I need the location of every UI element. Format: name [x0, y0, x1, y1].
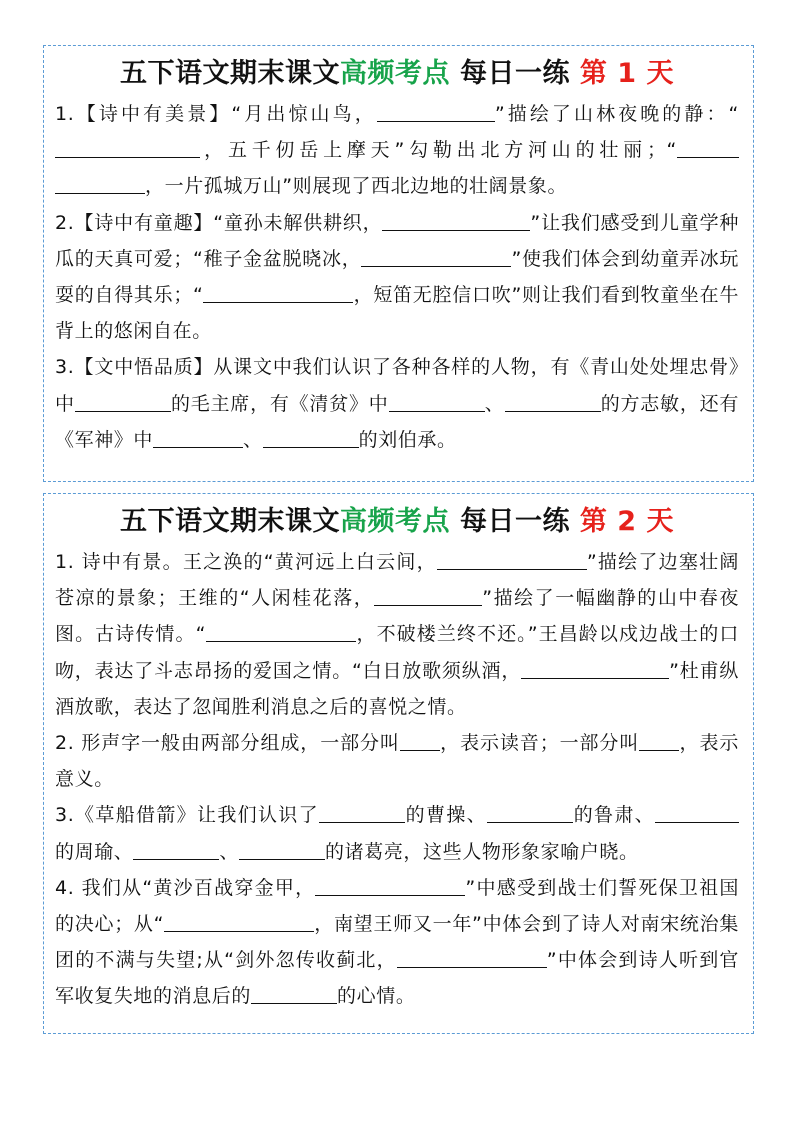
question-text: 的刘伯承。	[359, 429, 457, 451]
fill-in-blank[interactable]	[717, 803, 739, 823]
fill-in-blank[interactable]	[374, 586, 482, 606]
fill-in-blank[interactable]	[361, 247, 511, 267]
fill-in-blank[interactable]	[397, 948, 547, 968]
practice-card-day-1: 五下语文期末课文高频考点 每日一练 第 1 天 1.【诗中有美景】“月出惊山鸟，…	[43, 45, 754, 482]
question-text: 2.【诗中有童趣】“童孙未解供耕织，	[55, 212, 382, 234]
question-1: 1. 诗中有景。王之涣的“黄河远上白云间，”描绘了边塞壮阔苍凉的景象；王维的“人…	[55, 544, 739, 725]
question-text: 的毛主席，有《清贫》中	[171, 393, 389, 415]
question-text: 1.【诗中有美景】“月出惊山鸟，	[55, 103, 377, 125]
question-text: 、	[219, 841, 239, 863]
question-text: 的诸葛亮，这些人物形象家喻户晓。	[325, 841, 639, 863]
fill-in-blank[interactable]	[382, 211, 530, 231]
fill-in-blank[interactable]	[206, 622, 356, 642]
title-main: 五下语文期末课文	[120, 58, 340, 89]
question-text: ，表示读音；一部分叫	[440, 732, 639, 754]
title-daily: 每日一练	[450, 506, 580, 537]
fill-in-blank[interactable]	[55, 138, 200, 158]
title-day-red: 第 1 天	[580, 58, 674, 89]
question-text: ，一片孤城万山”则展现了西北边地的壮阔景象。	[145, 175, 567, 197]
fill-in-blank[interactable]	[164, 912, 314, 932]
fill-in-blank[interactable]	[263, 428, 359, 448]
fill-in-blank[interactable]	[377, 102, 495, 122]
question-text: 的心情。	[337, 985, 415, 1007]
fill-in-blank[interactable]	[319, 803, 405, 823]
title-daily: 每日一练	[450, 58, 580, 89]
question-2: 2. 形声字一般由两部分组成，一部分叫，表示读音；一部分叫，表示意义。	[55, 725, 739, 797]
fill-in-blank[interactable]	[677, 138, 739, 158]
fill-in-blank[interactable]	[153, 428, 243, 448]
title-highlight-green: 高频考点	[340, 58, 450, 89]
card-title: 五下语文期末课文高频考点 每日一练 第 2 天	[55, 507, 739, 537]
fill-in-blank[interactable]	[389, 392, 485, 412]
question-text: 的周瑜、	[55, 841, 133, 863]
fill-in-blank[interactable]	[133, 840, 219, 860]
fill-in-blank[interactable]	[239, 840, 325, 860]
fill-in-blank[interactable]	[75, 392, 171, 412]
title-highlight-green: 高频考点	[340, 506, 450, 537]
question-text: 、	[485, 393, 505, 415]
question-text: 、	[243, 429, 263, 451]
question-text: 2. 形声字一般由两部分组成，一部分叫	[55, 732, 400, 754]
fill-in-blank[interactable]	[400, 731, 440, 751]
fill-in-blank[interactable]	[487, 803, 573, 823]
fill-in-blank[interactable]	[203, 283, 353, 303]
question-text: ”描绘了山林夜晚的静：“	[495, 103, 739, 125]
fill-in-blank[interactable]	[639, 731, 679, 751]
question-2: 2.【诗中有童趣】“童孙未解供耕织，”让我们感受到儿童学种瓜的天真可爱；“稚子金…	[55, 205, 739, 350]
fill-in-blank[interactable]	[521, 659, 541, 679]
question-text: 的鲁肃、	[573, 804, 655, 826]
question-3: 3.《草船借箭》让我们认识了的曹操、的鲁肃、的周瑜、、的诸葛亮，这些人物形象家喻…	[55, 797, 739, 869]
question-3: 3.【文中悟品质】从课文中我们认识了各种各样的人物，有《青山处处埋忠骨》中的毛主…	[55, 349, 739, 458]
question-text: 1. 诗中有景。王之涣的“黄河远上白云间，	[55, 551, 437, 573]
title-main: 五下语文期末课文	[120, 506, 340, 537]
fill-in-blank[interactable]	[541, 659, 669, 679]
fill-in-blank[interactable]	[55, 174, 145, 194]
question-text: 4. 我们从“黄沙百战穿金甲，	[55, 877, 315, 899]
question-text: 的曹操、	[405, 804, 487, 826]
practice-card-day-2: 五下语文期末课文高频考点 每日一练 第 2 天 1. 诗中有景。王之涣的“黄河远…	[43, 493, 754, 1034]
fill-in-blank[interactable]	[437, 550, 587, 570]
fill-in-blank[interactable]	[315, 876, 465, 896]
question-text: 3.《草船借箭》让我们认识了	[55, 804, 319, 826]
question-4: 4. 我们从“黄沙百战穿金甲，”中感受到战士们誓死保卫祖国的决心；从“，南望王师…	[55, 870, 739, 1015]
fill-in-blank[interactable]	[251, 984, 337, 1004]
question-text: ，五千仞岳上摩天”勾勒出北方河山的壮丽；“	[200, 139, 677, 161]
fill-in-blank[interactable]	[655, 803, 717, 823]
fill-in-blank[interactable]	[505, 392, 601, 412]
question-1: 1.【诗中有美景】“月出惊山鸟，”描绘了山林夜晚的静：“，五千仞岳上摩天”勾勒出…	[55, 96, 739, 205]
card-title: 五下语文期末课文高频考点 每日一练 第 1 天	[55, 59, 739, 89]
title-day-red: 第 2 天	[580, 506, 674, 537]
